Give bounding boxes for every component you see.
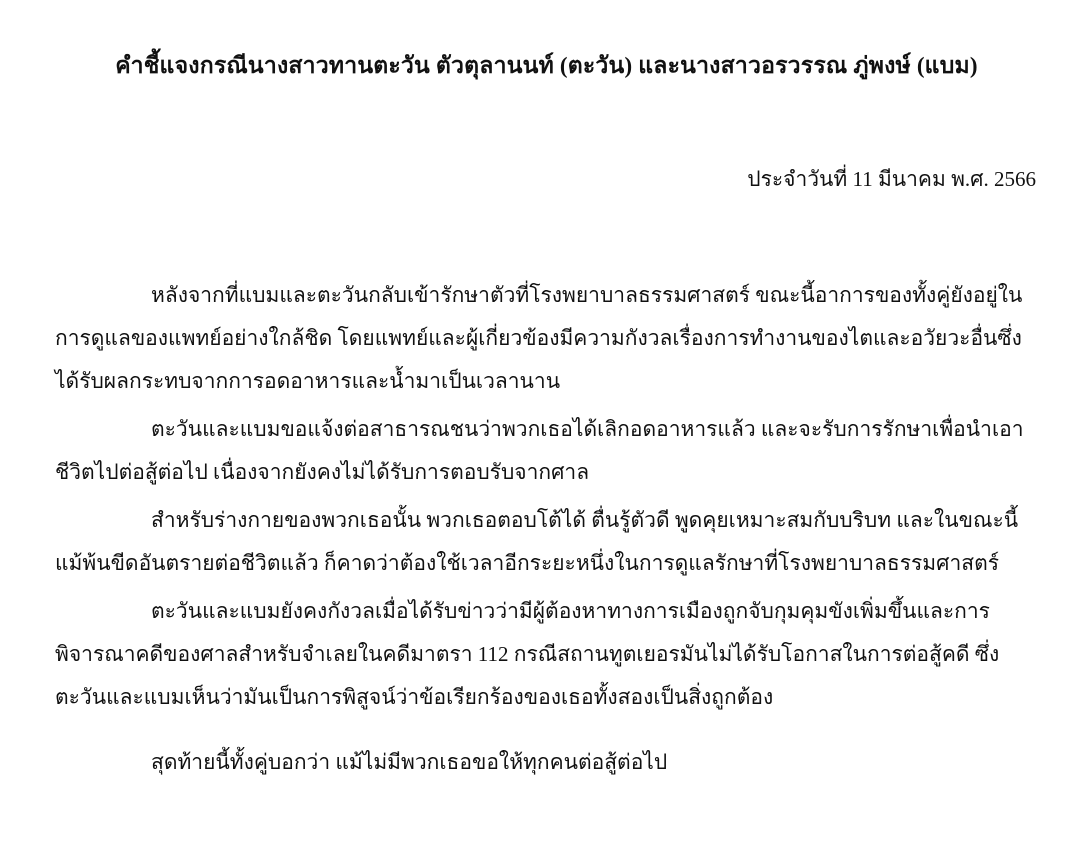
paragraph-1: หลังจากที่แบมและตะวันกลับเข้ารักษาตัวที่… [55,274,1038,403]
paragraph-3: สำหรับร่างกายของพวกเธอนั้น พวกเธอตอบโต้ไ… [55,499,1038,585]
document-body: หลังจากที่แบมและตะวันกลับเข้ารักษาตัวที่… [55,274,1038,784]
paragraph-closing: สุดท้ายนี้ทั้งคู่บอกว่า แม้ไม่มีพวกเธอขอ… [55,741,1038,784]
document-page: คำชี้แจงกรณีนางสาวทานตะวัน ตัวตุลานนท์ (… [0,0,1074,850]
document-date-line: ประจำวันที่ 11 มีนาคม พ.ศ. 2566 [55,163,1038,196]
paragraph-2: ตะวันและแบมขอแจ้งต่อสาธารณชนว่าพวกเธอได้… [55,408,1038,494]
paragraph-4: ตะวันและแบมยังคงกังวลเมื่อได้รับข่าวว่าม… [55,590,1038,719]
document-title: คำชี้แจงกรณีนางสาวทานตะวัน ตัวตุลานนท์ (… [55,50,1038,81]
